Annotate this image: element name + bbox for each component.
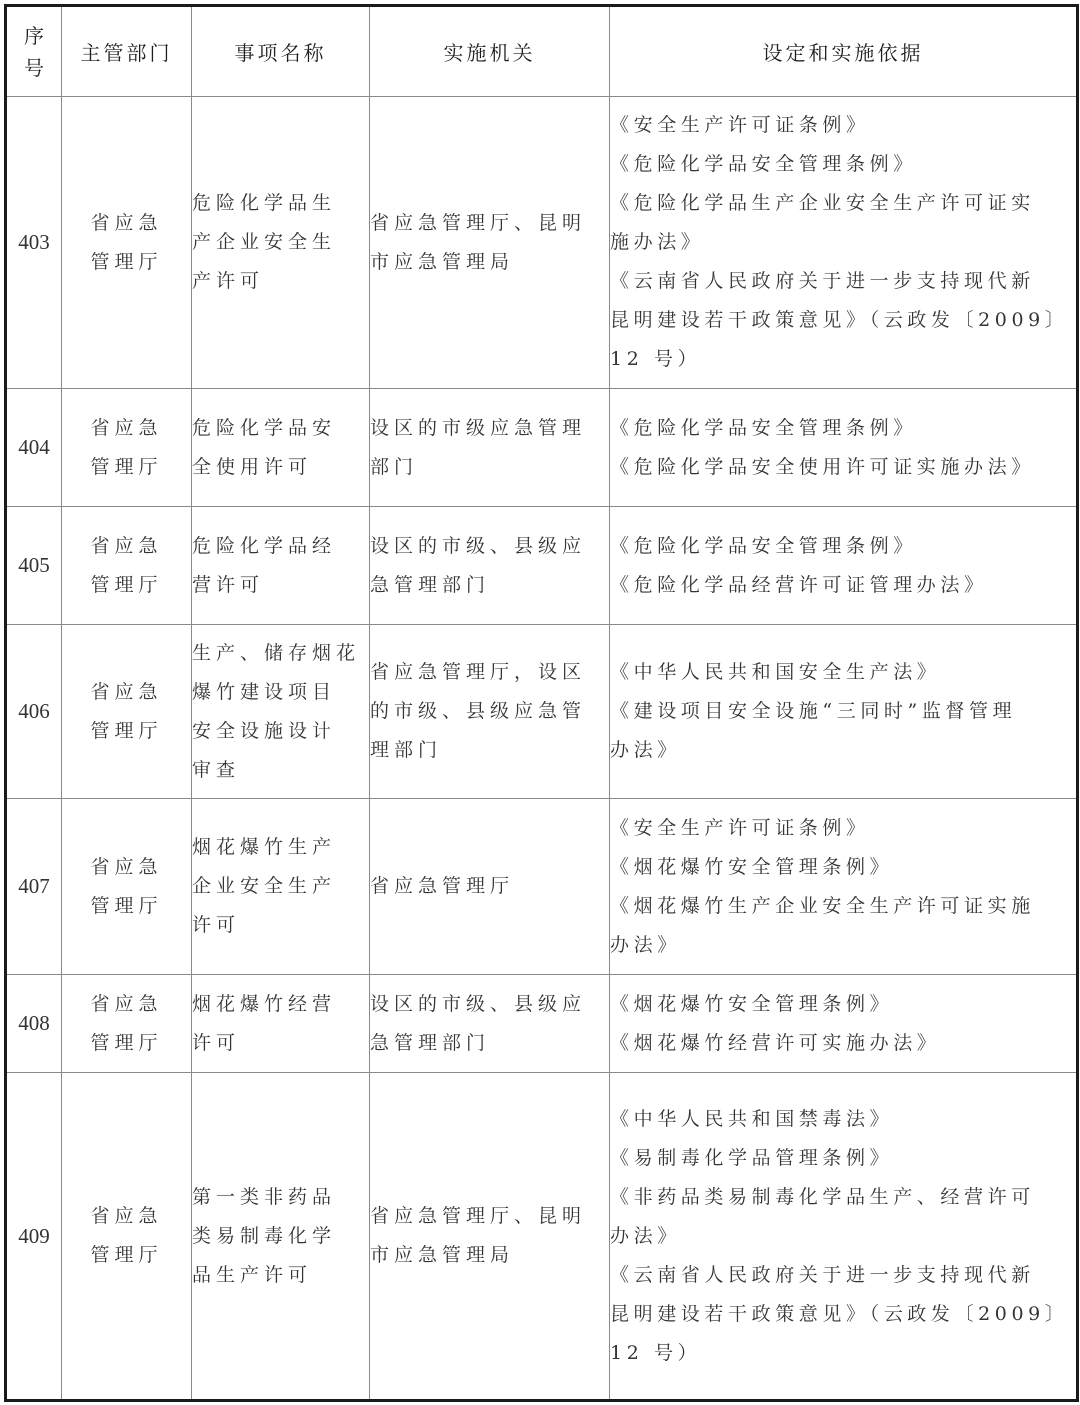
department-line: 管理厅 (62, 1024, 191, 1063)
row-department: 省应急管理厅 (62, 507, 192, 625)
permit-items-table: 序 号 主管部门 事项名称 实施机关 设定和实施依据 403 省应急管理厅 危险… (4, 4, 1079, 1402)
basis-line: 12 号） (610, 340, 1076, 379)
basis-line: 昆明建设若干政策意见》（云政发〔2009〕 (610, 1295, 1076, 1334)
agency-line: 理部门 (370, 731, 609, 770)
basis-line: 《危险化学品生产企业安全生产许可证实 (610, 184, 1076, 223)
row-number: 407 (6, 799, 62, 975)
row-number: 408 (6, 975, 62, 1073)
item-name-line: 产许可 (192, 262, 369, 301)
header-serial-number-line1: 序 (7, 20, 61, 52)
table-row: 404 省应急管理厅 危险化学品安全使用许可 设区的市级应急管理部门 《危险化学… (6, 389, 1078, 507)
header-basis: 设定和实施依据 (610, 6, 1078, 97)
item-name-line: 危险化学品经 (192, 527, 369, 566)
basis-line: 《危险化学品经营许可证管理办法》 (610, 566, 1076, 605)
basis-line: 12 号） (610, 1334, 1076, 1373)
basis-line: 《危险化学品安全管理条例》 (610, 527, 1076, 566)
basis-line: 《危险化学品安全管理条例》 (610, 145, 1076, 184)
row-agency: 省应急管理厅，设区的市级、县级应急管理部门 (370, 625, 610, 799)
basis-line: 昆明建设若干政策意见》（云政发〔2009〕 (610, 301, 1076, 340)
department-line: 管理厅 (62, 448, 191, 487)
item-name-line: 营许可 (192, 566, 369, 605)
header-serial-number: 序 号 (6, 6, 62, 97)
department-line: 省应急 (62, 1197, 191, 1236)
item-name-line: 生产、储存烟花 (192, 634, 369, 673)
table-row: 408 省应急管理厅 烟花爆竹经营许可 设区的市级、县级应急管理部门 《烟花爆竹… (6, 975, 1078, 1073)
basis-line: 《云南省人民政府关于进一步支持现代新 (610, 262, 1076, 301)
basis-line: 《云南省人民政府关于进一步支持现代新 (610, 1256, 1076, 1295)
department-line: 管理厅 (62, 887, 191, 926)
agency-line: 市应急管理局 (370, 243, 609, 282)
basis-line: 《安全生产许可证条例》 (610, 106, 1076, 145)
row-basis: 《安全生产许可证条例》《危险化学品安全管理条例》《危险化学品生产企业安全生产许可… (610, 97, 1078, 389)
department-line: 省应急 (62, 673, 191, 712)
row-number: 403 (6, 97, 62, 389)
row-basis: 《危险化学品安全管理条例》《危险化学品经营许可证管理办法》 (610, 507, 1078, 625)
department-line: 省应急 (62, 527, 191, 566)
row-department: 省应急管理厅 (62, 97, 192, 389)
agency-line: 省应急管理厅 (370, 867, 609, 906)
row-basis: 《中华人民共和国安全生产法》《建设项目安全设施“三同时”监督管理办法》 (610, 625, 1078, 799)
row-basis: 《安全生产许可证条例》《烟花爆竹安全管理条例》《烟花爆竹生产企业安全生产许可证实… (610, 799, 1078, 975)
header-item-name: 事项名称 (192, 6, 370, 97)
basis-line: 《建设项目安全设施“三同时”监督管理 (610, 692, 1076, 731)
basis-line: 《危险化学品安全使用许可证实施办法》 (610, 448, 1076, 487)
basis-line: 《易制毒化学品管理条例》 (610, 1139, 1076, 1178)
row-agency: 省应急管理厅 (370, 799, 610, 975)
row-number: 405 (6, 507, 62, 625)
department-line: 管理厅 (62, 243, 191, 282)
row-department: 省应急管理厅 (62, 799, 192, 975)
row-basis: 《烟花爆竹安全管理条例》《烟花爆竹经营许可实施办法》 (610, 975, 1078, 1073)
item-name-line: 产企业安全生 (192, 223, 369, 262)
agency-line: 设区的市级应急管理 (370, 409, 609, 448)
item-name-line: 第一类非药品 (192, 1178, 369, 1217)
row-item-name: 烟花爆竹经营许可 (192, 975, 370, 1073)
department-line: 省应急 (62, 409, 191, 448)
basis-line: 办法》 (610, 926, 1076, 965)
table-row: 409 省应急管理厅 第一类非药品类易制毒化学品生产许可 省应急管理厅、昆明市应… (6, 1073, 1078, 1401)
basis-line: 《中华人民共和国禁毒法》 (610, 1100, 1076, 1139)
header-serial-number-line2: 号 (7, 52, 61, 84)
item-name-line: 危险化学品安 (192, 409, 369, 448)
item-name-line: 危险化学品生 (192, 184, 369, 223)
basis-line: 《烟花爆竹经营许可实施办法》 (610, 1024, 1076, 1063)
department-line: 省应急 (62, 985, 191, 1024)
basis-line: 《非药品类易制毒化学品生产、经营许可 (610, 1178, 1076, 1217)
item-name-line: 爆竹建设项目 (192, 673, 369, 712)
row-basis: 《中华人民共和国禁毒法》《易制毒化学品管理条例》《非药品类易制毒化学品生产、经营… (610, 1073, 1078, 1401)
agency-line: 省应急管理厅、昆明 (370, 1197, 609, 1236)
row-number: 404 (6, 389, 62, 507)
row-department: 省应急管理厅 (62, 389, 192, 507)
table-row: 403 省应急管理厅 危险化学品生产企业安全生产许可 省应急管理厅、昆明市应急管… (6, 97, 1078, 389)
row-item-name: 生产、储存烟花爆竹建设项目安全设施设计审查 (192, 625, 370, 799)
row-number: 409 (6, 1073, 62, 1401)
agency-line: 市应急管理局 (370, 1236, 609, 1275)
table-row: 406 省应急管理厅 生产、储存烟花爆竹建设项目安全设施设计审查 省应急管理厅，… (6, 625, 1078, 799)
row-item-name: 危险化学品生产企业安全生产许可 (192, 97, 370, 389)
basis-line: 《安全生产许可证条例》 (610, 809, 1076, 848)
agency-line: 的市级、县级应急管 (370, 692, 609, 731)
table-row: 407 省应急管理厅 烟花爆竹生产企业安全生产许可 省应急管理厅 《安全生产许可… (6, 799, 1078, 975)
basis-line: 《烟花爆竹安全管理条例》 (610, 848, 1076, 887)
item-name-line: 烟花爆竹经营 (192, 985, 369, 1024)
item-name-line: 烟花爆竹生产 (192, 828, 369, 867)
basis-line: 《烟花爆竹生产企业安全生产许可证实施 (610, 887, 1076, 926)
department-line: 省应急 (62, 848, 191, 887)
department-line: 省应急 (62, 204, 191, 243)
row-department: 省应急管理厅 (62, 975, 192, 1073)
row-agency: 省应急管理厅、昆明市应急管理局 (370, 97, 610, 389)
item-name-line: 品生产许可 (192, 1256, 369, 1295)
basis-line: 《危险化学品安全管理条例》 (610, 409, 1076, 448)
row-department: 省应急管理厅 (62, 1073, 192, 1401)
basis-line: 施办法》 (610, 223, 1076, 262)
table-row: 405 省应急管理厅 危险化学品经营许可 设区的市级、县级应急管理部门 《危险化… (6, 507, 1078, 625)
table-header-row: 序 号 主管部门 事项名称 实施机关 设定和实施依据 (6, 6, 1078, 97)
item-name-line: 企业安全生产 (192, 867, 369, 906)
department-line: 管理厅 (62, 566, 191, 605)
basis-line: 《烟花爆竹安全管理条例》 (610, 985, 1076, 1024)
agency-line: 设区的市级、县级应 (370, 527, 609, 566)
item-name-line: 安全设施设计 (192, 712, 369, 751)
agency-line: 急管理部门 (370, 566, 609, 605)
header-department: 主管部门 (62, 6, 192, 97)
row-item-name: 第一类非药品类易制毒化学品生产许可 (192, 1073, 370, 1401)
agency-line: 省应急管理厅、昆明 (370, 204, 609, 243)
row-number: 406 (6, 625, 62, 799)
row-agency: 设区的市级应急管理部门 (370, 389, 610, 507)
row-agency: 设区的市级、县级应急管理部门 (370, 975, 610, 1073)
agency-line: 设区的市级、县级应 (370, 985, 609, 1024)
agency-line: 省应急管理厅，设区 (370, 653, 609, 692)
item-name-line: 全使用许可 (192, 448, 369, 487)
basis-line: 办法》 (610, 1217, 1076, 1256)
row-agency: 设区的市级、县级应急管理部门 (370, 507, 610, 625)
header-agency: 实施机关 (370, 6, 610, 97)
row-item-name: 烟花爆竹生产企业安全生产许可 (192, 799, 370, 975)
department-line: 管理厅 (62, 712, 191, 751)
agency-line: 部门 (370, 448, 609, 487)
basis-line: 《中华人民共和国安全生产法》 (610, 653, 1076, 692)
item-name-line: 审查 (192, 751, 369, 790)
row-basis: 《危险化学品安全管理条例》《危险化学品安全使用许可证实施办法》 (610, 389, 1078, 507)
item-name-line: 许可 (192, 1024, 369, 1063)
agency-line: 急管理部门 (370, 1024, 609, 1063)
basis-line: 办法》 (610, 731, 1076, 770)
department-line: 管理厅 (62, 1236, 191, 1275)
row-item-name: 危险化学品安全使用许可 (192, 389, 370, 507)
row-item-name: 危险化学品经营许可 (192, 507, 370, 625)
row-agency: 省应急管理厅、昆明市应急管理局 (370, 1073, 610, 1401)
item-name-line: 许可 (192, 906, 369, 945)
row-department: 省应急管理厅 (62, 625, 192, 799)
item-name-line: 类易制毒化学 (192, 1217, 369, 1256)
